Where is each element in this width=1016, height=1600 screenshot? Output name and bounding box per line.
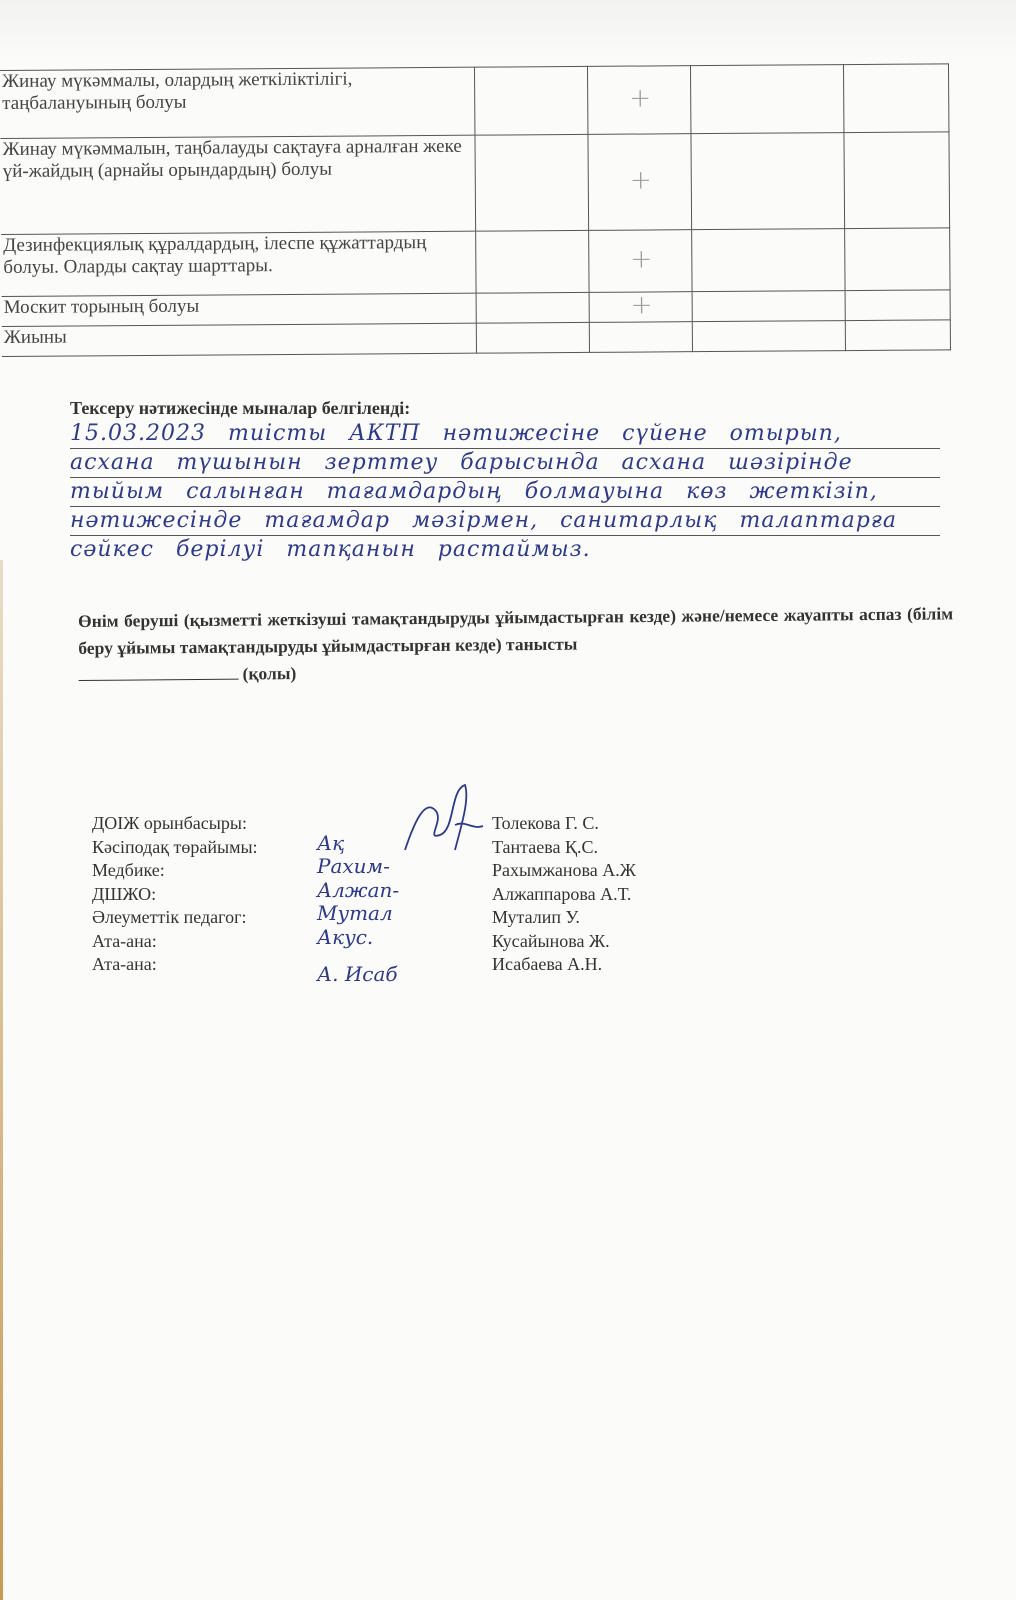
- cell: [474, 66, 587, 135]
- cell: [476, 292, 589, 323]
- signer-name: Исабаева А.Н.: [492, 953, 602, 976]
- signer-name: Толекова Г. С.: [492, 812, 599, 835]
- cell: [845, 290, 950, 321]
- signer-name: Муталип У.: [492, 906, 580, 929]
- cell: [692, 229, 845, 292]
- signer-role: Әлеуметтік педагог:: [92, 906, 247, 929]
- cell-mark: +: [589, 292, 692, 323]
- cell: [844, 132, 950, 229]
- handwritten-signature: Акус.: [317, 926, 373, 949]
- signature-scribble-icon: [395, 780, 485, 860]
- row-label: Жинау мүкәммалы, олардың жеткіліктілігі,…: [0, 67, 475, 138]
- signer-name: Тантаева Қ.С.: [492, 836, 598, 859]
- cell: [843, 64, 948, 133]
- plus-mark-icon: +: [630, 170, 652, 190]
- cell-mark: +: [588, 134, 692, 231]
- inspection-table: Жинау мүкәммалы, олардың жеткіліктілігі,…: [0, 63, 951, 357]
- signer-role: ДОІЖ орынбасыры:: [92, 812, 247, 835]
- table-row: Жинау мүкәммалы, олардың жеткіліктілігі,…: [0, 64, 949, 139]
- cell: [475, 134, 589, 231]
- signer-role: ДШЖО:: [92, 883, 156, 906]
- producer-text: Өнім беруші (қызметті жеткізуші тамақтан…: [78, 603, 953, 658]
- signer-name: Алжаппарова А.Т.: [492, 883, 631, 906]
- cell-mark: +: [587, 66, 690, 135]
- signature-caption: (қолы): [242, 663, 296, 683]
- table-row: Дезинфекциялық құралдардың, ілеспе құжат…: [1, 228, 950, 297]
- handwritten-signature: А. Исаб: [317, 963, 398, 986]
- signer-name: Кусайынова Ж.: [492, 930, 610, 953]
- table-row: Жиыны: [2, 320, 951, 357]
- paper-edge: [0, 560, 3, 1600]
- signer-role: Ата-ана:: [92, 953, 157, 976]
- cell: [690, 65, 843, 134]
- cell: [476, 322, 589, 353]
- producer-acknowledgement: Өнім беруші (қызметті жеткізуші тамақтан…: [78, 600, 954, 689]
- plus-mark-icon: +: [631, 295, 653, 315]
- plus-mark-icon: +: [630, 249, 652, 269]
- findings-title: Тексеру нәтижесінде мыналар белгіленді:: [70, 398, 410, 419]
- handwritten-signature: Ақ: [317, 832, 344, 855]
- row-label: Жинау мүкәммалын, таңбалауды сақтауға ар…: [0, 135, 475, 234]
- row-label: Жиыны: [2, 323, 477, 356]
- handwritten-findings: 15.03.2023 тиісты АКТП нәтижесіне сүйене…: [70, 420, 940, 564]
- signer-role: Ата-ана:: [92, 930, 157, 953]
- page-top-shadow: [0, 0, 1016, 60]
- handwritten-signature: Алжап-: [317, 879, 399, 902]
- signer-role: Кәсіподақ төрайымы:: [92, 836, 258, 859]
- handwritten-line: сәйкес берілуі тапқанын растаймыз.: [70, 536, 940, 564]
- cell: [691, 133, 845, 230]
- cell: [476, 230, 589, 293]
- handwritten-line: асхана түшынын зерттеу барысында асхана …: [70, 449, 940, 478]
- signer-role: Медбике:: [92, 859, 165, 882]
- cell: [692, 291, 845, 322]
- signature-line: [78, 663, 238, 681]
- handwritten-line: 15.03.2023 тиісты АКТП нәтижесіне сүйене…: [70, 420, 940, 449]
- handwritten-signature: Рахим-: [317, 855, 390, 878]
- plus-mark-icon: +: [629, 88, 651, 108]
- cell: [845, 228, 950, 291]
- handwritten-signature: Мутал: [317, 902, 393, 925]
- handwritten-line: тыйым салынған тағамдардың болмауына көз…: [70, 478, 940, 507]
- signer-name: Рахымжанова А.Ж: [492, 859, 636, 882]
- cell-mark: +: [589, 230, 692, 293]
- row-label: Москит торының болуы: [2, 293, 477, 326]
- cell: [692, 321, 845, 352]
- table-row: Жинау мүкәммалын, таңбалауды сақтауға ар…: [0, 132, 949, 235]
- row-label: Дезинфекциялық құралдардың, ілеспе құжат…: [1, 231, 476, 296]
- handwritten-line: нәтижесінде тағамдар мәзірмен, санитарлы…: [70, 507, 940, 536]
- cell-mark: [589, 322, 692, 353]
- cell: [845, 320, 950, 351]
